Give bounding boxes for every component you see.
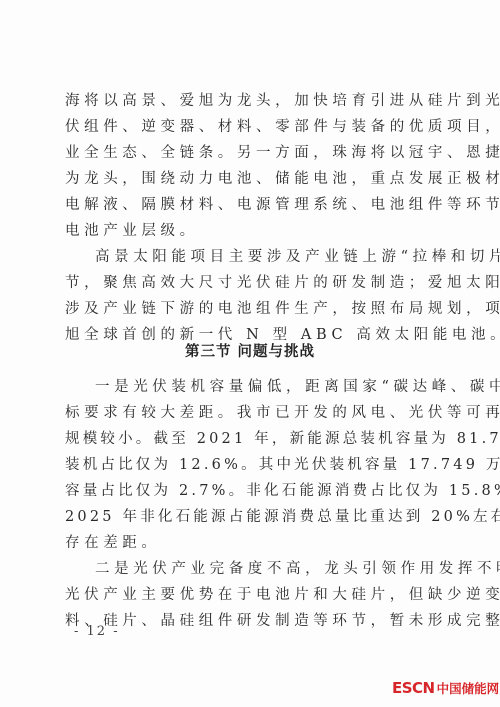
page-number: - 12 - xyxy=(74,624,120,639)
paragraph-block-1: 海将以高景、爱旭为龙头，加快培育引进从硅片到光伏电池、光 伏组件、逆变器、材料、… xyxy=(65,88,437,348)
text-line: 标要求有较大差距。我市已开发的风电、光伏等可再生资源发电 xyxy=(65,400,437,426)
text-line: 装机占比仅为 12.6%。其中光伏装机容量 17.749 万千瓦，装机 xyxy=(65,452,437,478)
text-line: 电解液、隔膜材料、电源管理系统、电池组件等环节，提升动力 xyxy=(65,192,437,218)
text-line: 业全生态、全链条。另一方面，珠海将以冠宇、恩捷、先导智能 xyxy=(65,140,437,166)
logo-chinese-text: 中国储能网 xyxy=(437,679,500,697)
logo-latin-text: ESCN xyxy=(392,679,435,697)
text-line: 海将以高景、爱旭为龙头，加快培育引进从硅片到光伏电池、光 xyxy=(65,88,437,114)
text-line: 伏组件、逆变器、材料、零部件与装备的优质项目，构建光伏产 xyxy=(65,114,437,140)
text-line: 电池产业层级。 xyxy=(65,218,437,244)
document-page: 海将以高景、爱旭为龙头，加快培育引进从硅片到光伏电池、光 伏组件、逆变器、材料、… xyxy=(0,0,500,707)
text-line: 二是光伏产业完备度不高，龙头引领作用发挥不明显。我市 xyxy=(65,556,437,582)
text-line: 为龙头，围绕动力电池、储能电池，重点发展正极材料、电芯、 xyxy=(65,166,437,192)
watermark-logo: ESCN 中国储能网 xyxy=(392,679,499,697)
text-line: 高景太阳能项目主要涉及产业链上游“拉棒和切片”两个环 xyxy=(65,244,437,270)
text-line: 存在差距。 xyxy=(65,530,437,556)
text-line: 一是光伏装机容量偏低，距离国家“碳达峰、碳中和”的目 xyxy=(65,374,437,400)
text-line: 节，聚焦高效大尺寸光伏硅片的研发制造；爱旭太阳能项目主要 xyxy=(65,270,437,296)
text-line: 2025 年非化石能源占能源消费总量比重达到 20%左右的要求尚 xyxy=(65,504,437,530)
text-line: 涉及产业链下游的电池组件生产，按照布局规划，项目将生产爱 xyxy=(65,296,437,322)
section-heading: 第三节 问题与挑战 xyxy=(0,340,500,364)
text-line: 容量占比仅为 2.7%。非化石能源消费占比仅为 15.8%，距离国家 xyxy=(65,478,437,504)
text-line: 料、硅片、晶硅组件研发制造等环节，暂未形成完整产业链条。 xyxy=(65,608,437,634)
paragraph-block-2: 一是光伏装机容量偏低，距离国家“碳达峰、碳中和”的目 标要求有较大差距。我市已开… xyxy=(65,374,437,634)
text-line: 光伏产业主要优势在于电池片和大硅片，但缺少逆变器、多晶硅 xyxy=(65,582,437,608)
text-line: 规模较小。截至 2021 年，新能源总装机容量为 81.799 万千瓦， xyxy=(65,426,437,452)
